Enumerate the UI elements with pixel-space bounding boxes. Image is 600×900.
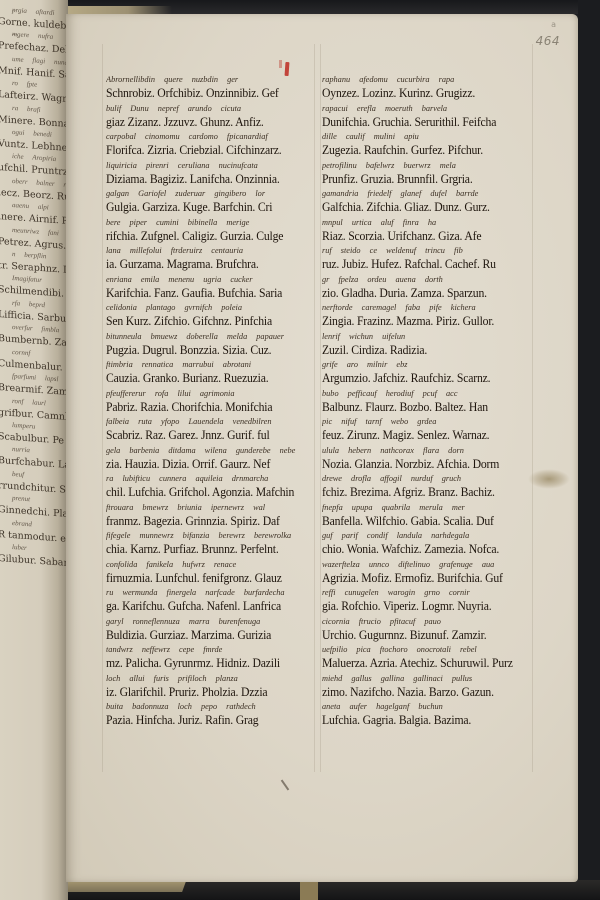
facing-page-left: ᵽrgia aftardiGorne. kuldebruge Giᵯgere n… bbox=[0, 0, 68, 900]
main-text-line: chio. Wonia. Wafchiz. Zamezia. Nofca. bbox=[322, 541, 513, 557]
interlinear-gloss: ulula hebern nathcorax flara dorn bbox=[322, 445, 527, 456]
text-row: garyl ronneflennuza marra burenfenugaBul… bbox=[106, 616, 311, 645]
interlinear-gloss: miehd gallus gallina gallinaci pullus bbox=[322, 673, 527, 684]
ruling-line bbox=[314, 44, 315, 772]
interlinear-gloss: Abrornellibdin quere nuzbdin ger bbox=[106, 74, 311, 85]
main-text-line: Prunfiz. Gruzia. Brunnfil. Grgria. bbox=[322, 171, 513, 187]
interlinear-gloss: cicornia ftrucio pfitacuf pauo bbox=[322, 616, 527, 627]
text-row: ru wermunda finergela narfcade burfardec… bbox=[106, 587, 311, 616]
main-text-line: zimo. Nazifcho. Nazia. Barzo. Gazun. bbox=[322, 684, 513, 700]
text-row: petrofilinu bafelwrz buerwrz melaPrunfiz… bbox=[322, 160, 527, 189]
interlinear-gloss: nerftorde caremagel faba pife kichera bbox=[322, 302, 527, 313]
main-text-line: Cauzia. Granko. Burianz. Ruezuzia. bbox=[106, 370, 297, 386]
text-row: Abrornellibdin quere nuzbdin gerSchnrobi… bbox=[106, 74, 311, 103]
main-text-line: Pazia. Hinfcha. Juriz. Rafin. Grag bbox=[106, 712, 297, 728]
text-row: gamandria friedelf glanef dufel barrdeGa… bbox=[322, 188, 527, 217]
interlinear-gloss: carpobal cinomomu cardomo fpicanardiaf bbox=[106, 131, 311, 142]
interlinear-gloss: celidonia plantago gvrnifch poleia bbox=[106, 302, 311, 313]
interlinear-gloss: ruf steido ce weldenuf trincu fib bbox=[322, 245, 527, 256]
interlinear-gloss: ftimbria rennatica marrubui abrotani bbox=[106, 359, 311, 370]
text-row: ra lubifticu cunnera aquileia drnmarchac… bbox=[106, 473, 311, 502]
main-text-line: Nozia. Glanzia. Norzbiz. Afchia. Dorm bbox=[322, 456, 513, 472]
main-text-line: gia. Rofchio. Viperiz. Logmr. Nuyria. bbox=[322, 598, 513, 614]
main-text-line: Pugzia. Dugrul. Bonzzia. Sizia. Cuz. bbox=[106, 342, 297, 358]
main-text-line: giaz Zizanz. Jzzuvz. Ghunz. Anfiz. bbox=[106, 114, 297, 130]
ruling-line bbox=[532, 44, 533, 772]
main-text-line: Scabriz. Raz. Garez. Jnnz. Gurif. ful bbox=[106, 427, 297, 443]
folio-mark: a bbox=[551, 20, 556, 29]
text-row: guf parif condif landula narhdegalachio.… bbox=[322, 530, 527, 559]
interlinear-gloss: uefpilio pica ftochoro onocrotali rebel bbox=[322, 644, 527, 655]
ink-scratch bbox=[281, 780, 290, 791]
main-text-line: Diziama. Bagiziz. Lanifcha. Onzinnia. bbox=[106, 171, 297, 187]
water-stain bbox=[528, 469, 570, 489]
main-text-line: Maluerza. Azria. Atechiz. Schuruwil. Pur… bbox=[322, 655, 513, 671]
main-text-line: zio. Gladha. Duria. Zamza. Sparzun. bbox=[322, 285, 513, 301]
text-row: mnpul urtica aluf finra haRiaz. Scorzia.… bbox=[322, 217, 527, 246]
text-row: ftimbria rennatica marrubui abrotaniCauz… bbox=[106, 359, 311, 388]
interlinear-gloss: falbeia ruta yfopo Lauendela venedbilren bbox=[106, 416, 311, 427]
main-text-line: Zuzil. Cirdiza. Radizia. bbox=[322, 342, 513, 358]
text-row: bitunneula bmuewz doberella melda papaue… bbox=[106, 331, 311, 360]
main-text-line: firnuzmia. Lunfchul. fenifgronz. Glauz bbox=[106, 570, 297, 586]
text-column-left: Abrornellibdin quere nuzbdin gerSchnrobi… bbox=[106, 74, 311, 730]
interlinear-gloss: petrofilinu bafelwrz buerwrz mela bbox=[322, 160, 527, 171]
text-row: pfeuffererur rofa lilui agrimoniaPabriz.… bbox=[106, 388, 311, 417]
main-text-line: zia. Hauzia. Dizia. Orrif. Gaurz. Nef bbox=[106, 456, 297, 472]
right-background bbox=[578, 0, 600, 900]
interlinear-gloss: lenrif wichun uifelun bbox=[322, 331, 527, 342]
text-column-right: raphanu afedomu cucurbira rapaOynzez. Lo… bbox=[322, 74, 527, 730]
interlinear-gloss: galgan Gariofel zuderuar gingibero lor bbox=[106, 188, 311, 199]
main-text-line: feuz. Zirunz. Magiz. Senlez. Warnaz. bbox=[322, 427, 513, 443]
interlinear-gloss: ftrouara bmewrz briunia ipernewrz wal bbox=[106, 502, 311, 513]
text-row: fnepfa upupa quabrila merula merBanfella… bbox=[322, 502, 527, 531]
main-text-line: Agrizia. Mofiz. Ermofiz. Burifchia. Guf bbox=[322, 570, 513, 586]
main-text-line: Sen Kurz. Zifchio. Gifchnz. Pinfchia bbox=[106, 313, 297, 329]
text-row: aneta aufer hagelganf buchunLufchia. Gag… bbox=[322, 701, 527, 730]
text-row: dille caulif mulini apiuZugezia. Raufchi… bbox=[322, 131, 527, 160]
main-text-line: Dunifchia. Gruchia. Serurithil. Feifcha bbox=[322, 114, 513, 130]
text-row: enriana emila menenu ugria cuckerKarifch… bbox=[106, 274, 311, 303]
text-row: ruf steido ce weldenuf trincu fibruz. Ju… bbox=[322, 245, 527, 274]
text-row: raphanu afedomu cucurbira rapaOynzez. Lo… bbox=[322, 74, 527, 103]
text-row: wazerftelza unnco diftelinuo grafenuge a… bbox=[322, 559, 527, 588]
text-row: tandwrz neffewrz cepe fmrdemz. Palicha. … bbox=[106, 644, 311, 673]
text-row: cicornia ftrucio pfitacuf pauoUrchio. Gu… bbox=[322, 616, 527, 645]
interlinear-gloss: fnepfa upupa quabrila merula mer bbox=[322, 502, 527, 513]
text-row: gela barbenia ditdama wilena gunderebe n… bbox=[106, 445, 311, 474]
interlinear-gloss: wazerftelza unnco diftelinuo grafenuge a… bbox=[322, 559, 527, 570]
interlinear-gloss: drewe drofla affogil nurduf gruch bbox=[322, 473, 527, 484]
text-row: loch allui furis prifiloch planzaiz. Gla… bbox=[106, 673, 311, 702]
interlinear-gloss: rapacui erefla moeruth barvela bbox=[322, 103, 527, 114]
main-text-line: Buldizia. Gurziaz. Marzima. Gurizia bbox=[106, 627, 297, 643]
main-text-line: Pabriz. Razia. Chorifchia. Monifchia bbox=[106, 399, 297, 415]
interlinear-gloss: pfeuffererur rofa lilui agrimonia bbox=[106, 388, 311, 399]
text-row: celidonia plantago gvrnifch poleiaSen Ku… bbox=[106, 302, 311, 331]
interlinear-gloss: dille caulif mulini apiu bbox=[322, 131, 527, 142]
interlinear-gloss: gela barbenia ditdama wilena gunderebe n… bbox=[106, 445, 311, 456]
manuscript-page: a 464 Abrornellibdin quere nuzbdin gerSc… bbox=[66, 14, 578, 882]
interlinear-gloss: tandwrz neffewrz cepe fmrde bbox=[106, 644, 311, 655]
text-row: bulif Dunu nepref arundo cicutagiaz Ziza… bbox=[106, 103, 311, 132]
text-row: galgan Gariofel zuderuar gingibero lorGu… bbox=[106, 188, 311, 217]
interlinear-gloss: garyl ronneflennuza marra burenfenuga bbox=[106, 616, 311, 627]
interlinear-gloss: fifegele munnewrz bifanzia berewrz berew… bbox=[106, 530, 311, 541]
main-text-line: rifchia. Zufgnel. Caligiz. Gurzia. Culge bbox=[106, 228, 297, 244]
main-text-line: mz. Palicha. Gyrunrmz. Hidniz. Dazili bbox=[106, 655, 297, 671]
main-text-line: Florifca. Zizria. Criebzial. Cifchinzarz… bbox=[106, 142, 297, 158]
text-row: rapacui erefla moeruth barvelaDunifchia.… bbox=[322, 103, 527, 132]
main-text-line: Lufchia. Gagria. Balgia. Bazima. bbox=[322, 712, 513, 728]
ruling-line bbox=[320, 44, 321, 772]
facing-page-text: ᵽrgia aftardiGorne. kuldebruge Giᵯgere n… bbox=[0, 4, 68, 570]
main-text-line: Zugezia. Raufchin. Gurfez. Pifchur. bbox=[322, 142, 513, 158]
text-row: gr fpelza ordeu auena dorthzio. Gladha. … bbox=[322, 274, 527, 303]
text-row: miehd gallus gallina gallinaci pulluszim… bbox=[322, 673, 527, 702]
text-row: liquiricia pirenri ceruliana nucinufcata… bbox=[106, 160, 311, 189]
text-row: lenrif wichun uifelunZuzil. Cirdiza. Rad… bbox=[322, 331, 527, 360]
text-row: falbeia ruta yfopo Lauendela venedbilren… bbox=[106, 416, 311, 445]
text-row: carpobal cinomomu cardomo fpicanardiafFl… bbox=[106, 131, 311, 160]
main-text-line: Galfchia. Zifchia. Gliaz. Dunz. Gurz. bbox=[322, 199, 513, 215]
ruling-line bbox=[102, 44, 103, 772]
text-row: fifegele munnewrz bifanzia berewrz berew… bbox=[106, 530, 311, 559]
interlinear-gloss: reffi cunugelen warogin grno cornir bbox=[322, 587, 527, 598]
text-row: pic nifuf tarnf webo grdeafeuz. Zirunz. … bbox=[322, 416, 527, 445]
main-text-line: Oynzez. Lozinz. Kurinz. Grugizz. bbox=[322, 85, 513, 101]
interlinear-gloss: gr fpelza ordeu auena dorth bbox=[322, 274, 527, 285]
text-row: grife aro milnir ebzArgumzio. Jafchiz. R… bbox=[322, 359, 527, 388]
interlinear-gloss: aneta aufer hagelganf buchun bbox=[322, 701, 527, 712]
main-text-line: Schnrobiz. Orfchibiz. Onzinnibiz. Gef bbox=[106, 85, 297, 101]
main-text-line: ruz. Jubiz. Hufez. Rafchal. Cachef. Ru bbox=[322, 256, 513, 272]
interlinear-gloss: bitunneula bmuewz doberella melda papaue… bbox=[106, 331, 311, 342]
main-text-line: Karifchia. Fanz. Gaufia. Bufchia. Saria bbox=[106, 285, 297, 301]
main-text-line: Argumzio. Jafchiz. Raufchiz. Scarnz. bbox=[322, 370, 513, 386]
text-row: nerftorde caremagel faba pife kicheraZin… bbox=[322, 302, 527, 331]
interlinear-gloss: raphanu afedomu cucurbira rapa bbox=[322, 74, 527, 85]
main-text-line: Banfella. Wilfchio. Gabia. Scalia. Duf bbox=[322, 513, 513, 529]
interlinear-gloss: pic nifuf tarnf webo grdea bbox=[322, 416, 527, 427]
text-row: buita badonnuza loch pepo rathdechPazia.… bbox=[106, 701, 311, 730]
interlinear-gloss: grife aro milnir ebz bbox=[322, 359, 527, 370]
main-text-line: Urchio. Gugurnnz. Bizunuf. Zamzir. bbox=[322, 627, 513, 643]
interlinear-gloss: ra lubifticu cunnera aquileia drnmarcha bbox=[106, 473, 311, 484]
interlinear-gloss: ru wermunda finergela narfcade burfardec… bbox=[106, 587, 311, 598]
main-text-line: Zingia. Frazinz. Mazma. Piriz. Gullor. bbox=[322, 313, 513, 329]
text-row: lana millefolui ftrderuirz centauriaia. … bbox=[106, 245, 311, 274]
main-text-line: iz. Glarifchil. Pruriz. Pholzia. Dzzia bbox=[106, 684, 297, 700]
text-row: bubo pefficauf herodiuf pcuf accBalbunz.… bbox=[322, 388, 527, 417]
text-row: uefpilio pica ftochoro onocrotali rebelM… bbox=[322, 644, 527, 673]
interlinear-gloss: buita badonnuza loch pepo rathdech bbox=[106, 701, 311, 712]
text-row: reffi cunugelen warogin grno cornirgia. … bbox=[322, 587, 527, 616]
text-row: ftrouara bmewrz briunia ipernewrz walfra… bbox=[106, 502, 311, 531]
interlinear-gloss: lana millefolui ftrderuirz centauria bbox=[106, 245, 311, 256]
text-row: bere piper cumini bibinella merigerifchi… bbox=[106, 217, 311, 246]
main-text-line: franmz. Bagezia. Grinnzia. Spiriz. Daf bbox=[106, 513, 297, 529]
main-text-line: chil. Lufchia. Grifchol. Agonzia. Mafchi… bbox=[106, 484, 297, 500]
interlinear-gloss: loch allui furis prifiloch planza bbox=[106, 673, 311, 684]
main-text-line: Balbunz. Flaurz. Bozbo. Baltez. Han bbox=[322, 399, 513, 415]
interlinear-gloss: guf parif condif landula narhdegala bbox=[322, 530, 527, 541]
folio-number: 464 bbox=[536, 34, 560, 48]
rubric-mark bbox=[279, 60, 282, 68]
main-text-line: ia. Gurzama. Magrama. Brufchra. bbox=[106, 256, 297, 272]
interlinear-gloss: gamandria friedelf glanef dufel barrde bbox=[322, 188, 527, 199]
interlinear-gloss: enriana emila menenu ugria cucker bbox=[106, 274, 311, 285]
interlinear-gloss: bere piper cumini bibinella merige bbox=[106, 217, 311, 228]
interlinear-gloss: liquiricia pirenri ceruliana nucinufcata bbox=[106, 160, 311, 171]
interlinear-gloss: bulif Dunu nepref arundo cicuta bbox=[106, 103, 311, 114]
main-text-line: chia. Karnz. Purfiaz. Brunnz. Perfelnt. bbox=[106, 541, 297, 557]
text-row: ulula hebern nathcorax flara dornNozia. … bbox=[322, 445, 527, 474]
interlinear-gloss: confolida fanikela hufwrz renace bbox=[106, 559, 311, 570]
text-row: confolida fanikela hufwrz renacefirnuzmi… bbox=[106, 559, 311, 588]
interlinear-gloss: mnpul urtica aluf finra ha bbox=[322, 217, 527, 228]
main-text-line: ga. Karifchu. Gufcha. Nafenl. Lanfrica bbox=[106, 598, 297, 614]
main-text-line: Gulgia. Garziza. Kuge. Barfchin. Cri bbox=[106, 199, 297, 215]
main-text-line: fchiz. Brezima. Afgriz. Branz. Bachiz. bbox=[322, 484, 513, 500]
main-text-line: Riaz. Scorzia. Urifchanz. Giza. Afe bbox=[322, 228, 513, 244]
interlinear-gloss: bubo pefficauf herodiuf pcuf acc bbox=[322, 388, 527, 399]
text-row: drewe drofla affogil nurduf gruchfchiz. … bbox=[322, 473, 527, 502]
